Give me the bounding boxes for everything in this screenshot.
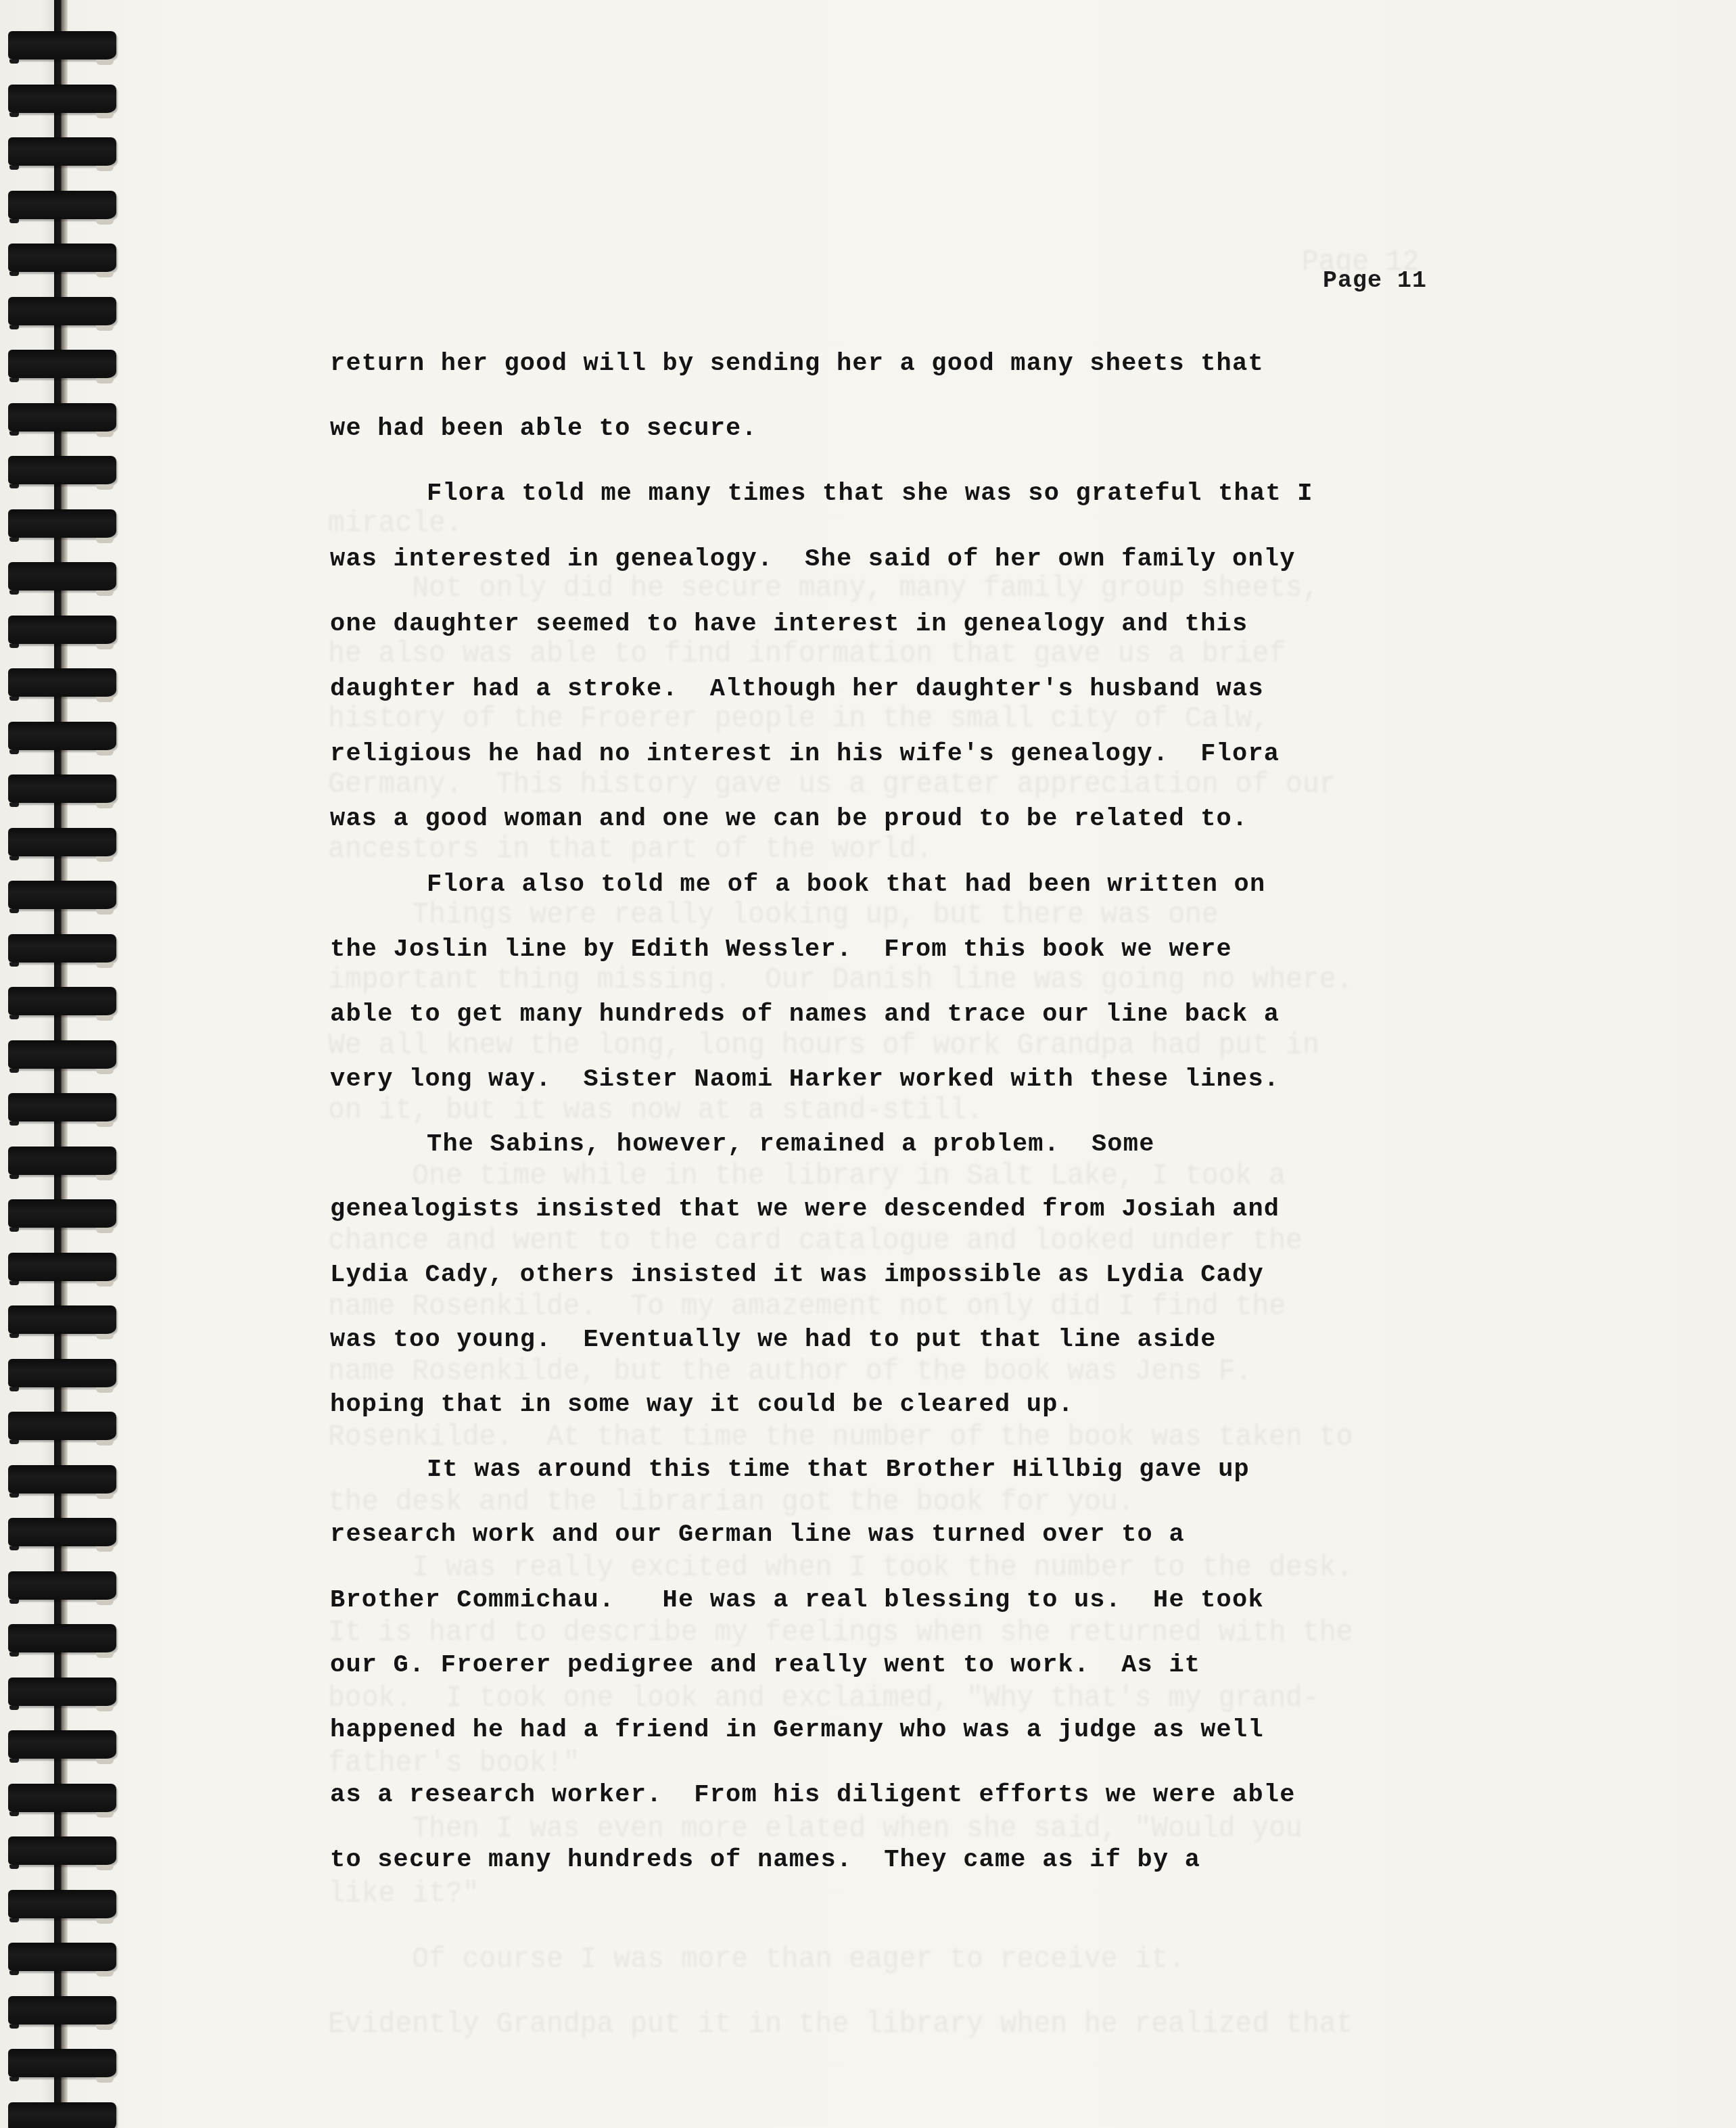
binding-ring <box>8 1412 116 1440</box>
binding-ring <box>8 1147 116 1175</box>
binding-ring <box>8 1624 116 1652</box>
text-line: was a good woman and one we can be proud… <box>330 787 1547 852</box>
binding-ring <box>8 509 116 538</box>
binding-ring <box>8 2049 116 2077</box>
binding-ring <box>8 828 116 856</box>
binding-ring <box>8 881 116 909</box>
binding-ring <box>8 1678 116 1706</box>
binding-ring <box>8 668 116 697</box>
binding-ring <box>8 31 116 60</box>
binding-ring <box>8 1836 116 1865</box>
bleed-line: Of course I was more than eager to recei… <box>328 1927 1448 1993</box>
text-line: was too young. Eventually we had to put … <box>330 1308 1547 1372</box>
binding-ring <box>8 774 116 803</box>
text-line: The Sabins, however, remained a problem.… <box>330 1112 1547 1177</box>
binding-ring <box>8 137 116 166</box>
text-line: It was around this time that Brother Hil… <box>330 1437 1547 1502</box>
binding-ring <box>8 722 116 750</box>
binding-ring <box>8 1571 116 1600</box>
comb-binding <box>0 0 122 2128</box>
binding-ring <box>8 1199 116 1228</box>
binding-ring <box>8 1518 116 1546</box>
text-line: Lydia Cady, others insisted it was impos… <box>330 1243 1547 1308</box>
page-number: Page 11 <box>1323 267 1427 294</box>
text-line: return her good will by sending her a go… <box>330 331 1547 396</box>
binding-ring <box>8 244 116 272</box>
text-line: was interested in genealogy. She said of… <box>330 527 1547 592</box>
binding-ring <box>8 562 116 591</box>
binding-ring <box>8 1996 116 2025</box>
binding-ring <box>8 934 116 963</box>
binding-ring <box>8 1305 116 1334</box>
binding-ring <box>8 1943 116 1971</box>
text-line: religious he had no interest in his wife… <box>330 722 1547 787</box>
binding-ring <box>8 191 116 219</box>
binding-ring <box>8 350 116 378</box>
binding-ring <box>8 1253 116 1281</box>
text-line: research work and our German line was tu… <box>330 1502 1547 1567</box>
text-line: hoping that in some way it could be clea… <box>330 1372 1547 1437</box>
text-line: happened he had a friend in Germany who … <box>330 1698 1547 1763</box>
text-line: Flora also told me of a book that had be… <box>330 852 1547 917</box>
binding-ring <box>8 456 116 484</box>
text-line: to secure many hundreds of names. They c… <box>330 1828 1547 1893</box>
text-line: daughter had a stroke. Although her daug… <box>330 657 1547 722</box>
binding-ring <box>8 1465 116 1494</box>
binding-ring <box>8 1040 116 1069</box>
binding-ring <box>8 987 116 1015</box>
bleed-line: Evidently Grandpa put it in the library … <box>328 1992 1448 2058</box>
binding-ring <box>8 1730 116 1759</box>
binding-ring <box>8 2102 116 2128</box>
text-line: Brother Commichau. He was a real blessin… <box>330 1568 1547 1633</box>
text-line: the Joslin line by Edith Wessler. From t… <box>330 917 1547 982</box>
binding-ring <box>8 616 116 644</box>
text-line: one daughter seemed to have interest in … <box>330 592 1547 657</box>
typed-body-text: return her good will by sending her a go… <box>330 331 1547 1893</box>
text-line: Flora told me many times that she was so… <box>330 461 1547 526</box>
text-line: able to get many hundreds of names and t… <box>330 982 1547 1047</box>
binding-ring <box>8 1093 116 1121</box>
binding-ring <box>8 297 116 325</box>
text-line: very long way. Sister Naomi Harker worke… <box>330 1047 1547 1112</box>
binding-ring <box>8 403 116 432</box>
text-line: genealogists insisted that we were desce… <box>330 1177 1547 1242</box>
binding-ring <box>8 1359 116 1387</box>
text-line: our G. Froerer pedigree and really went … <box>330 1633 1547 1698</box>
binding-ring <box>8 1784 116 1812</box>
binding-ring <box>8 85 116 113</box>
text-line: we had been able to secure. <box>330 396 1547 461</box>
binding-ring <box>8 1890 116 1918</box>
text-line: as a research worker. From his diligent … <box>330 1763 1547 1828</box>
